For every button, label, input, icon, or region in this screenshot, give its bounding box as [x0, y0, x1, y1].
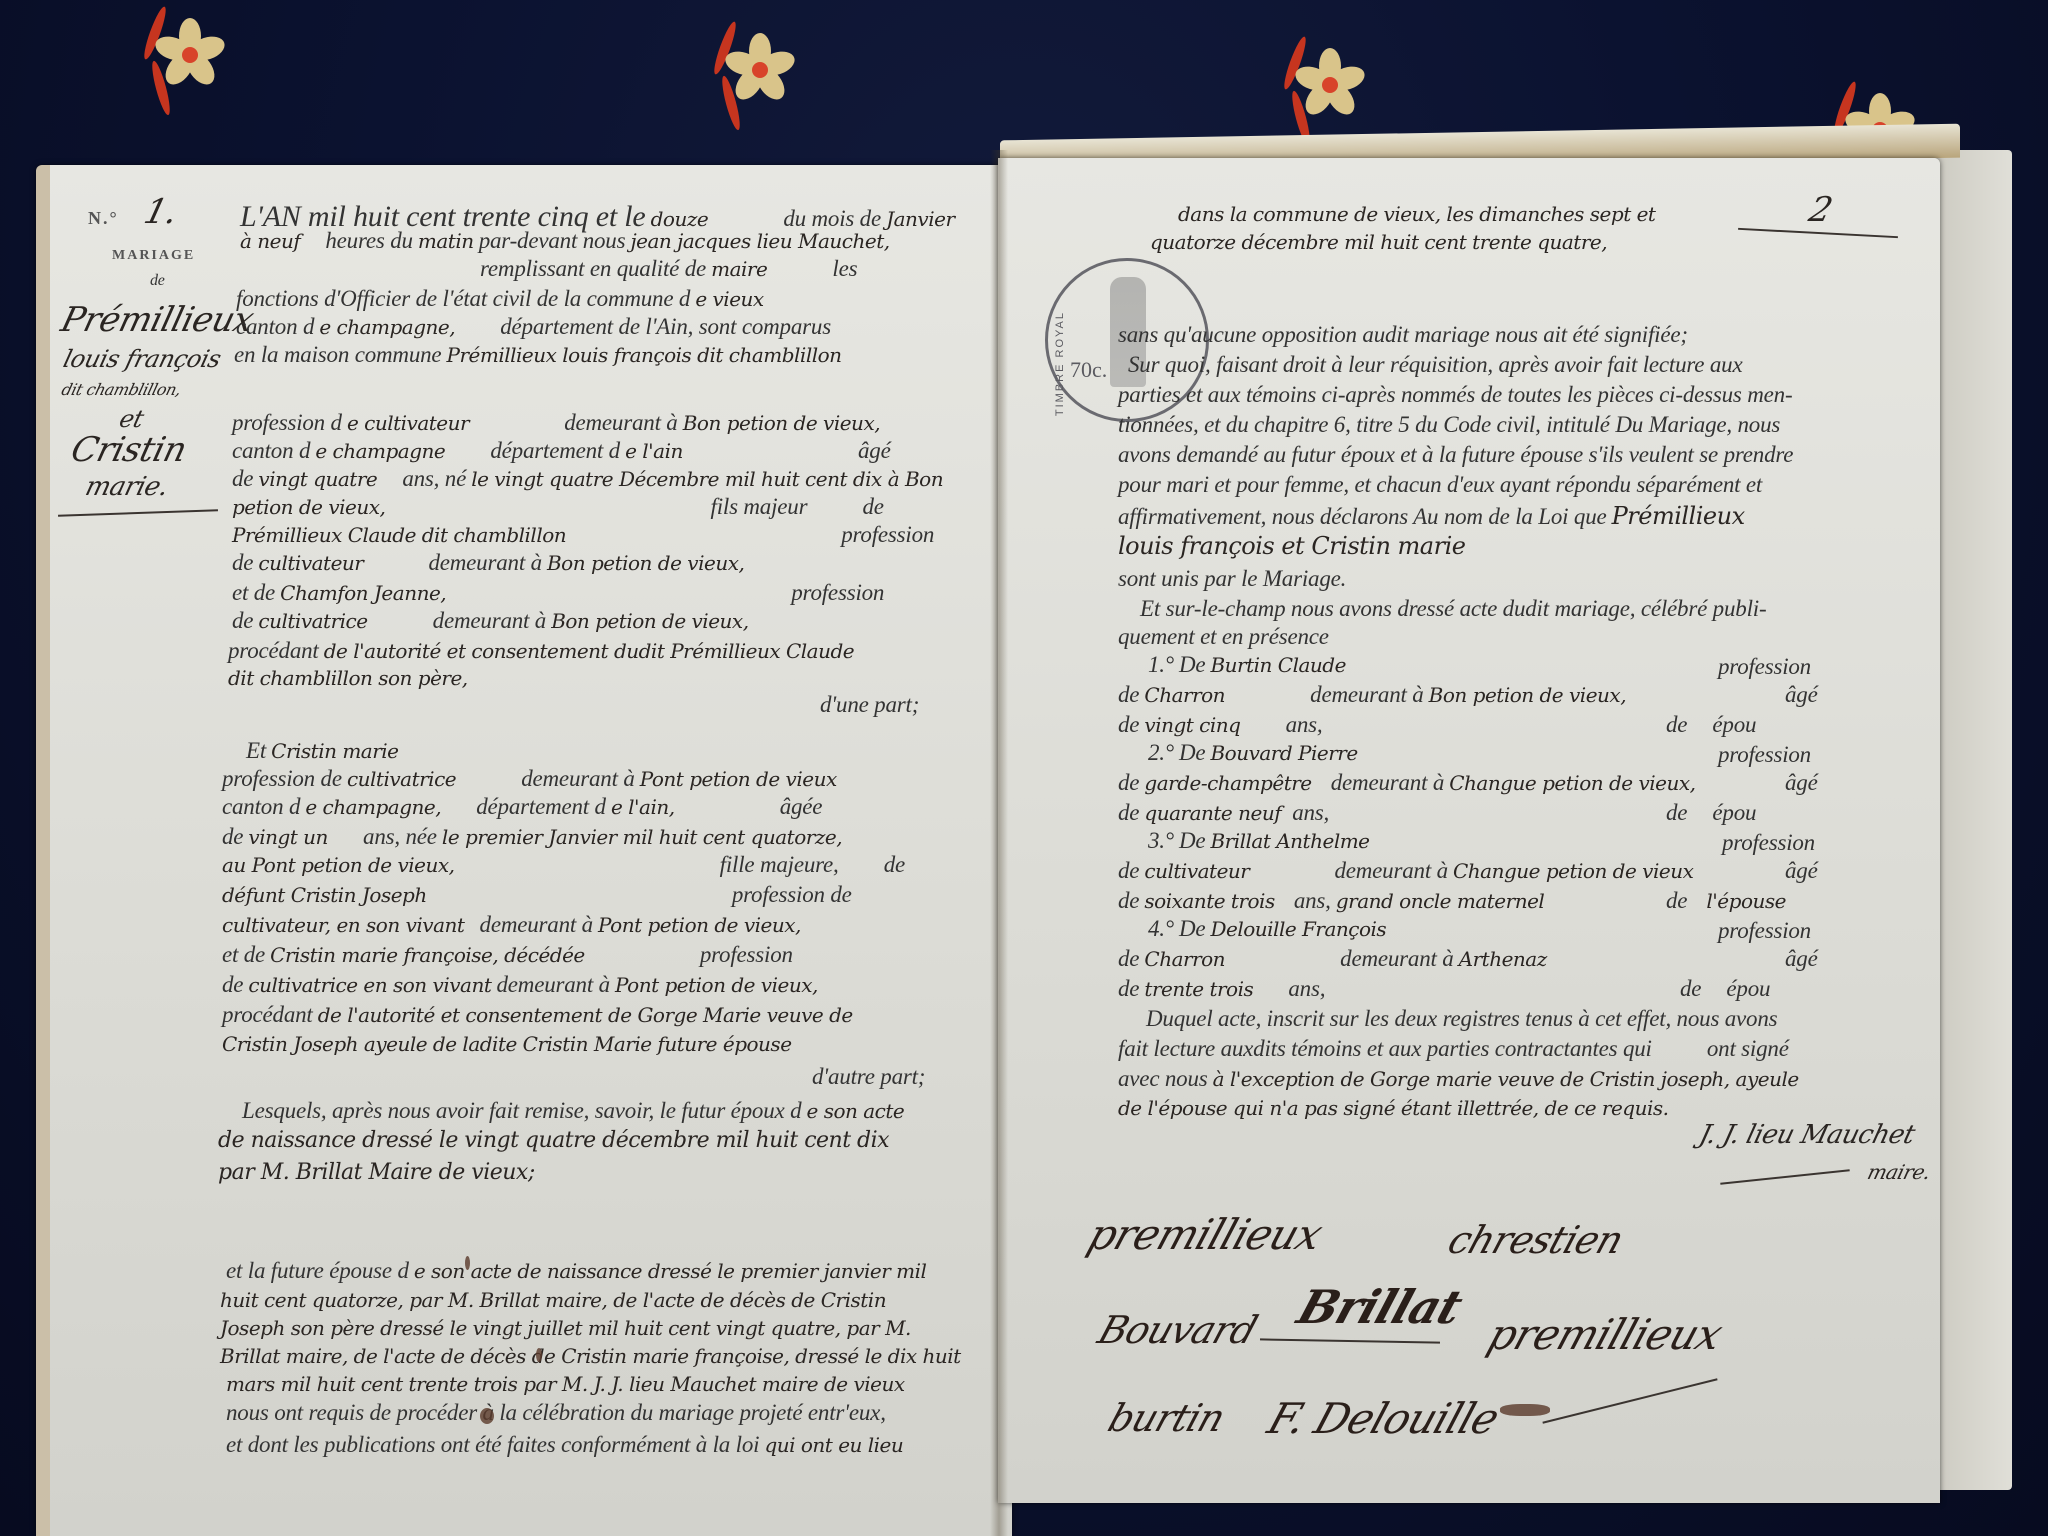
ink-stain [536, 1348, 542, 1362]
body-line: quement et en présence [1118, 624, 1329, 650]
witness-name-line: 4.° De Delouille François [1148, 916, 1386, 942]
body-line: canton d e champagne, département d e l'… [222, 794, 822, 820]
record-number-label: N.° [88, 208, 119, 229]
body-line: avons demandé au futur époux et à la fut… [1118, 442, 1793, 468]
body-line: nous ont requis de procéder à la célébra… [226, 1400, 886, 1426]
body-line: tionnées, et du chapitre 6, titre 5 du C… [1118, 412, 1780, 438]
witness-relation: de épou [1666, 800, 1756, 826]
witness-age-line: de trente trois ans, [1118, 976, 1325, 1002]
body-line: et de Cristin marie françoise, décédée p… [222, 942, 793, 968]
body-line: cultivateur, en son vivant demeurant à P… [222, 912, 801, 938]
signature: burtin [1103, 1396, 1230, 1440]
body-line: Prémillieux Claude dit chamblillon profe… [232, 522, 934, 548]
body-line: Cristin Joseph ayeule de ladite Cristin … [222, 1032, 792, 1056]
signature: F. Delouille [1262, 1394, 1505, 1443]
body-line: louis françois et Cristin marie [1118, 532, 1465, 560]
margin-bride-surname: Cristin [67, 430, 191, 470]
body-line: procédant de l'autorité et consentement … [228, 638, 854, 664]
embroidered-flower [1290, 35, 1370, 145]
body-line: Et sur-le-champ nous avons dressé acte d… [1140, 596, 1766, 622]
body-line: profession de cultivatrice demeurant à P… [222, 766, 837, 792]
witness-relation: de l'épouse [1666, 888, 1786, 914]
ink-stain [480, 1408, 494, 1424]
signature: premillieux [1482, 1310, 1728, 1359]
signature: premillieux [1082, 1210, 1328, 1259]
body-line: et la future épouse d e son acte de nais… [226, 1258, 926, 1284]
book-gutter [990, 150, 1008, 1536]
body-line: affirmativement, nous déclarons Au nom d… [1118, 502, 1745, 530]
embroidered-flower [720, 20, 800, 130]
body-line: de vingt un ans, née le premier Janvier … [222, 824, 842, 850]
margin-groom-nickname: dit chamblillon, [60, 380, 183, 399]
body-line: canton d e champagne département d e l'a… [232, 438, 891, 464]
body-line: par M. Brillat Maire de vieux; [218, 1160, 535, 1185]
witness-detail-line: de garde-champêtre demeurant à Changue p… [1118, 770, 1696, 796]
margin-de: de [150, 272, 165, 290]
body-line: Sur quoi, faisant droit à leur réquisiti… [1128, 352, 1742, 378]
body-line: dans la commune de vieux, les dimanches … [1178, 202, 1655, 226]
body-line: procédant de l'autorité et consentement … [222, 1002, 853, 1028]
witness-detail-line: de Charron demeurant à Arthenaz [1118, 946, 1547, 972]
margin-bride-given: marie. [82, 472, 171, 502]
witness-relation: de épou [1666, 712, 1756, 738]
witness-name-line: 3.° De Brillat Anthelme [1148, 828, 1370, 854]
margin-groom-given: louis françois [61, 345, 224, 373]
body-line: Brillat maire, de l'acte de décès de Cri… [220, 1344, 961, 1368]
body-line: en la maison commune Prémillieux louis f… [234, 342, 842, 368]
body-line: avec nous à l'exception de Gorge marie v… [1118, 1066, 1799, 1092]
body-line: et dont les publications ont été faites … [226, 1432, 903, 1458]
body-line: fonctions d'Officier de l'état civil de … [236, 286, 764, 312]
mayor-signature: J. J. lieu Mauchet [1696, 1120, 1917, 1150]
body-line: d'autre part; [812, 1064, 925, 1090]
body-line: parties et aux témoins ci-après nommés d… [1118, 382, 1792, 408]
body-line: et de Chamfon Jeanne, profession [232, 580, 884, 606]
mayor-title: maire. [1865, 1160, 1933, 1184]
margin-groom-surname: Prémillieux [57, 300, 258, 340]
body-line: Duquel acte, inscrit sur les deux regist… [1146, 1006, 1777, 1032]
stamp-value: 70c. [1070, 357, 1107, 383]
witness-age-line: de quarante neuf ans, [1118, 800, 1329, 826]
body-line: petion de vieux, fils majeur de [232, 494, 884, 520]
body-line: pour mari et pour femme, et chacun d'eux… [1118, 472, 1762, 498]
body-line: de vingt quatre ans, né le vingt quatre … [232, 466, 943, 492]
witness-relation: de épou [1680, 976, 1770, 1002]
body-line: de naissance dressé le vingt quatre déce… [218, 1128, 889, 1153]
signature: Bouvard [1093, 1308, 1262, 1352]
body-line: remplissant en qualité de maire les [480, 256, 857, 282]
signature: chrestien [1443, 1218, 1629, 1262]
witness-detail-line: de Charron demeurant à Bon petion de vie… [1118, 682, 1626, 708]
body-line: de cultivateur demeurant à Bon petion de… [232, 550, 744, 576]
body-line: Joseph son père dressé le vingt juillet … [220, 1316, 911, 1340]
body-line: dit chamblillon son père, [228, 666, 468, 690]
body-line: huit cent quatorze, par M. Brillat maire… [220, 1288, 886, 1312]
witness-age-line: de soixante trois ans, grand oncle mater… [1118, 888, 1544, 914]
body-line: quatorze décembre mil huit cent trente q… [1150, 230, 1607, 254]
body-line: à neuf heures du matin par-devant nous j… [240, 228, 890, 254]
body-line: fait lecture auxdits témoins et aux part… [1118, 1036, 1789, 1062]
body-line: profession d e cultivateur demeurant à B… [232, 410, 880, 436]
body-line: Lesquels, après nous avoir fait remise, … [242, 1098, 904, 1124]
body-line: d'une part; [820, 692, 919, 718]
witness-name-line: 2.° De Bouvard Pierre [1148, 740, 1358, 766]
body-line: de l'épouse qui n'a pas signé étant ille… [1118, 1096, 1669, 1120]
witness-detail-line: de cultivateur demeurant à Changue petio… [1118, 858, 1693, 884]
body-line: canton d e champagne, département de l'A… [236, 314, 831, 340]
witness-name-line: 1.° De Burtin Claude [1148, 652, 1346, 678]
signature: Brillat [1291, 1280, 1468, 1334]
embroidered-flower [150, 5, 230, 115]
body-line: Et Cristin marie [246, 738, 399, 764]
body-line: sans qu'aucune opposition audit mariage … [1118, 322, 1688, 348]
ink-stain [465, 1256, 470, 1270]
ink-blot [1500, 1404, 1550, 1416]
body-line: de cultivatrice en son vivant demeurant … [222, 972, 818, 998]
margin-heading: MARIAGE [112, 248, 195, 264]
body-line: défunt Cristin Joseph profession de [222, 882, 852, 908]
witness-age-line: de vingt cinq ans, [1118, 712, 1322, 738]
body-line: sont unis par le Mariage. [1118, 566, 1346, 592]
body-line: de cultivatrice demeurant à Bon petion d… [232, 608, 749, 634]
body-line: mars mil huit cent trente trois par M. J… [226, 1372, 905, 1396]
body-line: au Pont petion de vieux, fille majeure, … [222, 852, 905, 878]
